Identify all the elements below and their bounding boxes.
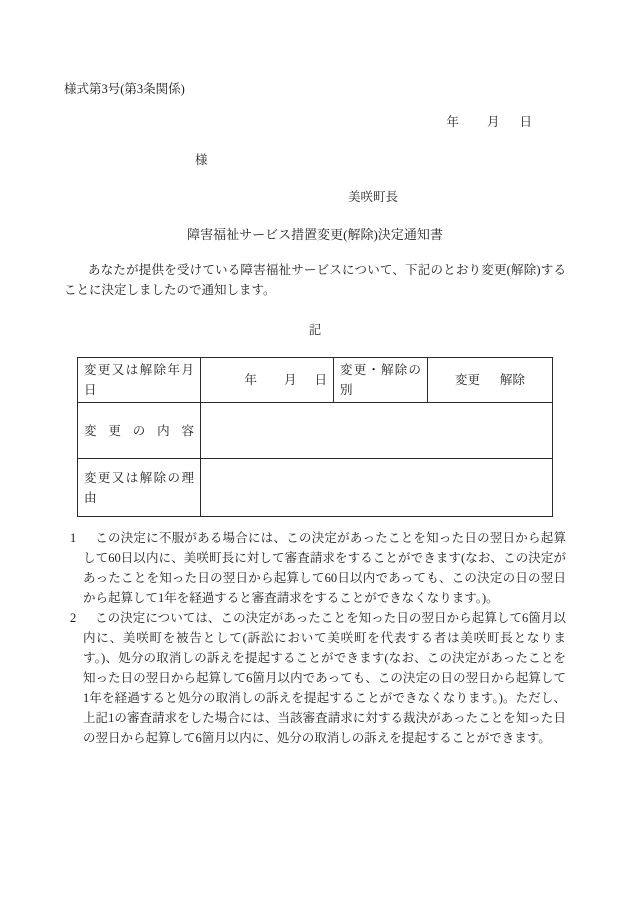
label-change-cancel-type: 変更・解除の別 [334,358,428,403]
cell-day-label: 日 [314,373,327,387]
note-1-text: この決定に不服がある場合には、この決定があったことを知った日の翌日から起算して6… [83,531,566,605]
addressee-suffix: 様 [195,153,208,167]
cell-reason-value [201,459,553,517]
label-change-content: 変更の内容 [78,403,201,459]
cell-date-value: 年月日 [201,358,334,403]
note-2: 2この決定については、この決定があったことを知った日の翌日から起算して6箇月以内… [64,608,566,748]
label-change-or-cancel-date: 変更又は解除年月日 [78,358,201,403]
note-1: 1この決定に不服がある場合には、この決定があったことを知った日の翌日から起算して… [64,528,566,608]
document-title: 障害福祉サービス措置変更(解除)決定通知書 [64,225,566,245]
cell-type-options: 変更解除 [428,358,553,403]
option-change: 変更 [455,373,480,387]
form-number: 様式第3号(第3条関係) [64,79,566,99]
table-row-reason: 変更又は解除の理由 [78,459,553,517]
addressee-line: 様 [195,150,566,170]
body-paragraph: あなたが提供を受けている障害福祉サービスについて、下記のとおり変更(解除)するこ… [64,260,566,300]
option-cancel: 解除 [500,373,525,387]
record-marker: 記 [64,320,566,340]
table-row-date: 変更又は解除年月日 年月日 変更・解除の別 変更解除 [78,358,553,403]
decision-table: 変更又は解除年月日 年月日 変更・解除の別 変更解除 変更の内容 変更又は解除の… [77,357,553,517]
date-year-label: 年 [446,115,459,129]
date-day-label: 日 [519,115,532,129]
date-month-label: 月 [487,115,500,129]
note-2-number: 2 [70,608,95,628]
note-2-text: この決定については、この決定があったことを知った日の翌日から起算して6箇月以内に… [83,611,566,745]
sender-line: 美咲町長 [348,187,566,207]
table-row-content: 変更の内容 [78,403,553,459]
document-page: 様式第3号(第3条関係) 年月日 様 美咲町長 障害福祉サービス措置変更(解除)… [0,0,630,903]
label-change-or-cancel-reason: 変更又は解除の理由 [78,459,201,517]
date-line: 年月日 [64,112,566,132]
note-1-number: 1 [70,528,95,548]
cell-change-content-value [201,403,553,459]
cell-year-label: 年 [244,373,257,387]
cell-month-label: 月 [284,373,297,387]
notes-section: 1この決定に不服がある場合には、この決定があったことを知った日の翌日から起算して… [64,528,566,748]
